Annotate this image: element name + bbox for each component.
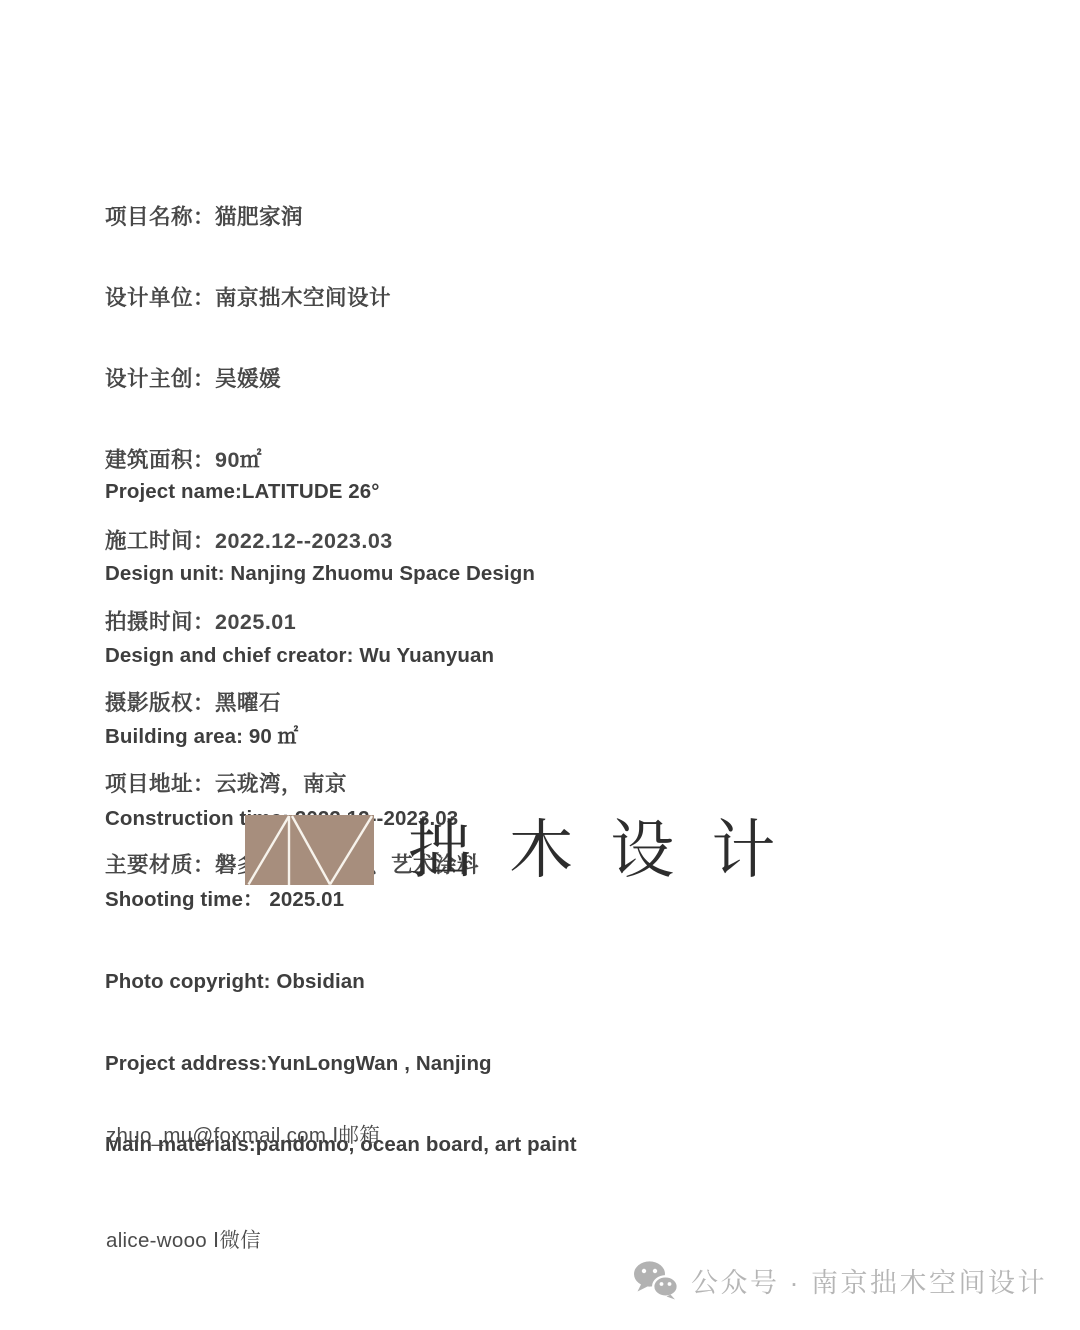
contact-email: zhuo_mu@foxmail.com Ⅰ邮箱 (106, 1118, 380, 1153)
watermark-text: 公众号 · 南京拙木空间设计 (691, 1261, 1047, 1300)
info-line-en: Project name:LATITUDE 26° (105, 478, 577, 505)
wechat-watermark: 公众号 · 南京拙木空间设计 (632, 1260, 1047, 1300)
wechat-icon (632, 1260, 679, 1300)
contact-block: zhuo_mu@foxmail.com Ⅰ邮箱 alice-wooo Ⅰ微信 (106, 1048, 380, 1328)
info-line-en: Design and chief creator: Wu Yuanyuan (105, 642, 577, 669)
info-line-en: Design unit: Nanjing Zhuomu Space Design (105, 560, 577, 587)
logo-wordmark: 拙木设计 (408, 815, 812, 885)
contact-wechat: alice-wooo Ⅰ微信 (106, 1223, 380, 1258)
credits-page: 项目名称：猫肥家润 设计单位：南京拙木空间设计 设计主创：吴媛媛 建筑面积：90… (0, 0, 1080, 1330)
info-line-en: Building area: 90 ㎡ (105, 723, 577, 750)
info-line-cn: 设计主创：吴媛媛 (105, 366, 479, 393)
info-line-en: Shooting time： 2025.01 (105, 886, 577, 913)
studio-logo: 拙木设计 (245, 815, 812, 885)
info-line-en: Photo copyright: Obsidian (105, 968, 577, 995)
info-line-cn: 项目名称：猫肥家润 (105, 204, 479, 231)
info-line-cn: 设计单位：南京拙木空间设计 (105, 285, 479, 312)
zhuomu-monogram-icon (245, 815, 374, 885)
